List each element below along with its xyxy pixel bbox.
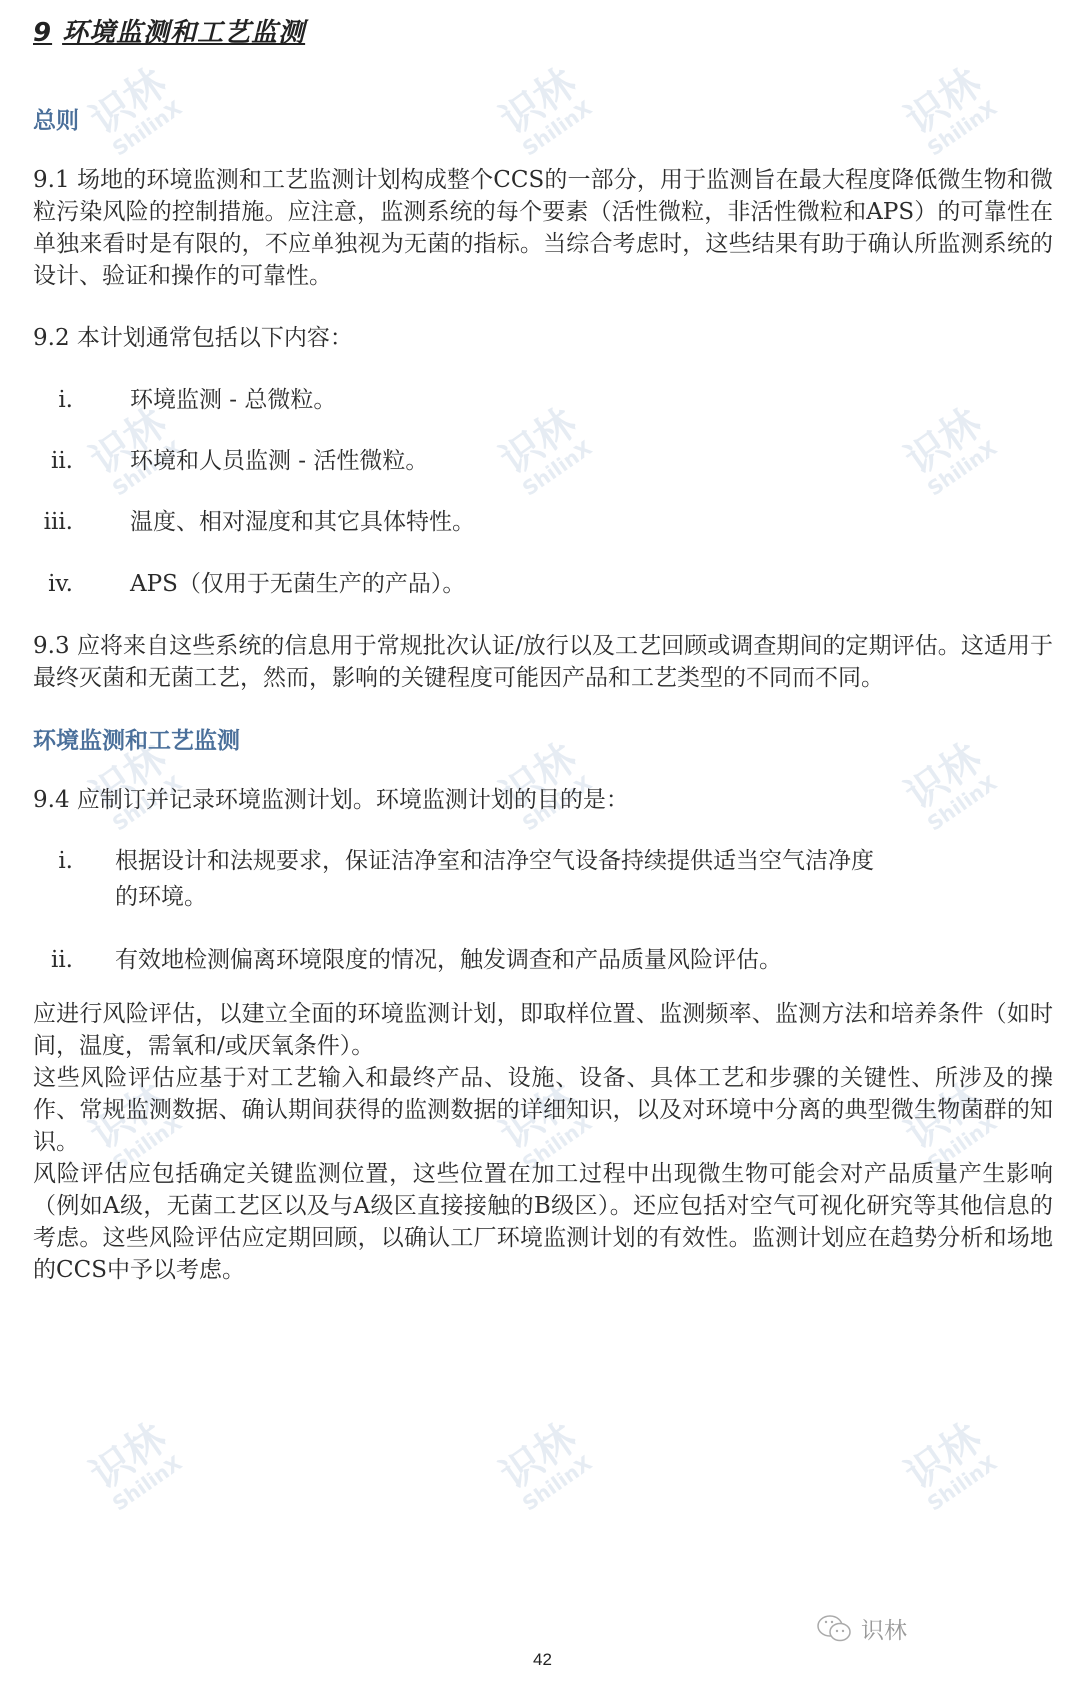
watermark: 识林ShilinX <box>494 1418 595 1515</box>
watermark: 识林ShilinX <box>494 63 595 160</box>
watermark: 识林ShilinX <box>899 1418 1000 1515</box>
watermark: 识林ShilinX <box>84 1418 185 1515</box>
paragraph-9-2: 9.2 本计划通常包括以下内容： <box>33 322 1053 354</box>
paragraph-9-1: 9.1 场地的环境监测和工艺监测计划构成整个CCS的一部分，用于监测旨在最大程度… <box>33 164 1053 292</box>
watermark: 识林ShilinX <box>494 403 595 500</box>
paragraph-risk-assessment-2: 这些风险评估应基于对工艺输入和最终产品、设施、设备、具体工艺和步骤的关键性、所涉… <box>33 1062 1053 1158</box>
paragraph-9-4: 9.4 应制订并记录环境监测计划。环境监测计划的目的是： <box>33 784 1053 816</box>
page-number: 42 <box>533 1650 552 1670</box>
paragraph-risk-assessment-1: 应进行风险评估，以建立全面的环境监测计划，即取样位置、监测频率、监测方法和培养条… <box>33 998 1053 1062</box>
chapter-title-text: 环境监测和工艺监测 <box>62 18 305 48</box>
wechat-icon <box>815 1613 855 1645</box>
paragraph-9-3: 9.3 应将来自这些系统的信息用于常规批次认证/放行以及工艺回顾或调查期间的定期… <box>33 630 1053 694</box>
wechat-account-badge: 识林 <box>815 1612 907 1645</box>
watermark: 识林ShilinX <box>899 63 1000 160</box>
watermark: 识林ShilinX <box>899 403 1000 500</box>
chapter-title: 9环境监测和工艺监测 <box>33 12 305 49</box>
section-heading-monitoring: 环境监测和工艺监测 <box>33 722 240 755</box>
watermark: 识林ShilinX <box>84 63 185 160</box>
chapter-number: 9 <box>33 18 52 48</box>
section-heading-general: 总则 <box>33 102 79 135</box>
wechat-account-name: 识林 <box>861 1612 907 1645</box>
paragraph-risk-assessment-3: 风险评估应包括确定关键监测位置，这些位置在加工过程中出现微生物可能会对产品质量产… <box>33 1158 1053 1286</box>
